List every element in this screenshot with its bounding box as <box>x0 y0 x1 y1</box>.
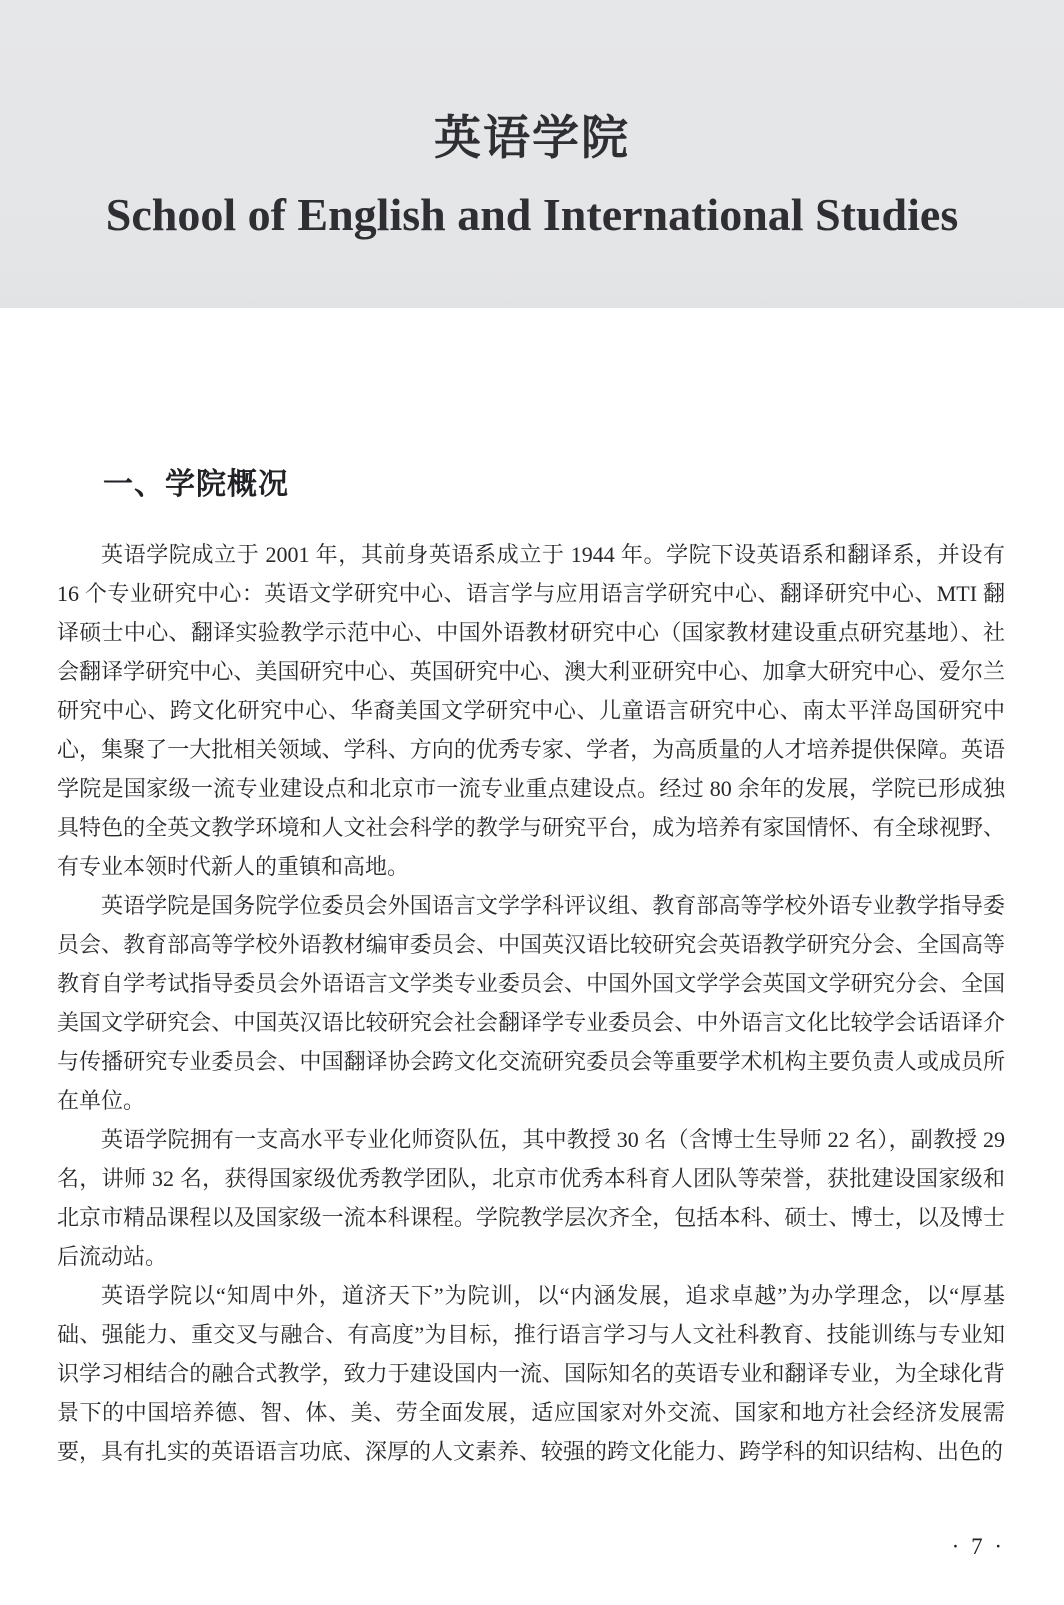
paragraph-overview: 英语学院成立于 2001 年，其前身英语系成立于 1944 年。学院下设英语系和… <box>57 535 1005 886</box>
section-text: 英语学院成立于 2001 年，其前身英语系成立于 1944 年。学院下设英语系和… <box>57 535 1005 1471</box>
paragraph-academic-organizations: 英语学院是国务院学位委员会外国语言文学学科评议组、教育部高等学校外语专业教学指导… <box>57 886 1005 1120</box>
page-title-english: School of English and International Stud… <box>0 186 1064 244</box>
document-body: 一、学院概况 英语学院成立于 2001 年，其前身英语系成立于 1944 年。学… <box>57 308 1005 1471</box>
paragraph-motto-and-goals: 英语学院以“知周中外，道济天下”为院训，以“内涵发展，追求卓越”为办学理念，以“… <box>57 1276 1005 1471</box>
section-heading: 一、学院概况 <box>57 468 1005 502</box>
page-header-band: 英语学院 School of English and International… <box>0 0 1064 308</box>
paragraph-faculty: 英语学院拥有一支高水平专业化师资队伍，其中教授 30 名（含博士生导师 22 名… <box>57 1120 1005 1276</box>
page-number: · 7 · <box>952 1534 1005 1560</box>
page-title-chinese: 英语学院 <box>0 110 1064 168</box>
